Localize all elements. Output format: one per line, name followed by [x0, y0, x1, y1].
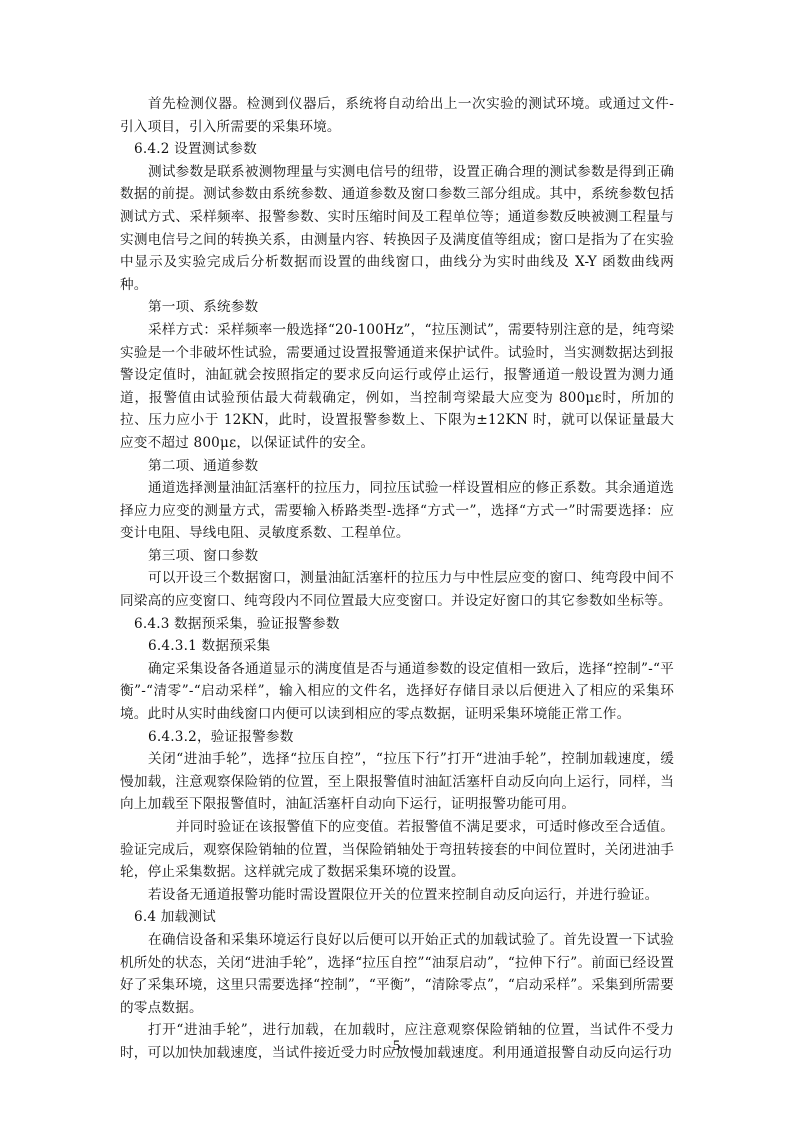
paragraph-limit-switch: 若设备无通道报警功能时需设置限位开关的位置来控制自动反向运行，并进行验证。 — [120, 884, 674, 907]
heading-6-4-2: 6.4.2 设置测试参数 — [120, 138, 674, 161]
paragraph-test-params: 测试参数是联系被测物理量与实测电信号的纽带，设置正确合理的测试参数是得到正确数据… — [120, 161, 674, 297]
heading-6-4-3-2: 6.4.3.2，验证报警参数 — [120, 726, 674, 749]
paragraph-window: 可以开设三个数据窗口，测量油缸活塞杆的拉压力与中性层应变的窗口、纯弯段中间不同梁… — [120, 567, 674, 612]
heading-system-params: 第一项、系统参数 — [120, 296, 674, 319]
heading-6-4: 6.4 加载测试 — [120, 906, 674, 929]
paragraph-loading-setup: 在确信设备和采集环境运行良好以后便可以开始正式的加载试验了。首先设置一下试验机所… — [120, 929, 674, 1019]
paragraph-verify-strain: 并同时验证在该报警值下的应变值。若报警值不满足要求，可适时修改至合适值。验证完成… — [120, 816, 674, 884]
paragraph-verify-alarm: 关闭“进油手轮”，选择“拉压自控”，“拉压下行”打开“进油手轮”，控制加载速度，… — [120, 748, 674, 816]
paragraph-channel: 通道选择测量油缸活塞杆的拉压力，同拉压试验一样设置相应的修正系数。其余通道选择应… — [120, 477, 674, 545]
heading-6-4-3: 6.4.3 数据预采集，验证报警参数 — [120, 613, 674, 636]
paragraph-precollect: 确定采集设备各通道显示的满度值是否与通道参数的设定值相一致后，选择“控制”-“平… — [120, 658, 674, 726]
heading-channel-params: 第二项、通道参数 — [120, 455, 674, 478]
heading-6-4-3-1: 6.4.3.1 数据预采集 — [120, 635, 674, 658]
paragraph-intro: 首先检测仪器。检测到仪器后，系统将自动给出上一次实验的测试环境。或通过文件-引入… — [120, 93, 674, 138]
page-number: 5 — [0, 1038, 793, 1055]
document-body: 首先检测仪器。检测到仪器后，系统将自动给出上一次实验的测试环境。或通过文件-引入… — [120, 93, 674, 1065]
heading-window-params: 第三项、窗口参数 — [120, 545, 674, 568]
paragraph-sampling: 采样方式：采样频率一般选择“20-100Hz”，“拉压测试”，需要特别注意的是，… — [120, 319, 674, 455]
